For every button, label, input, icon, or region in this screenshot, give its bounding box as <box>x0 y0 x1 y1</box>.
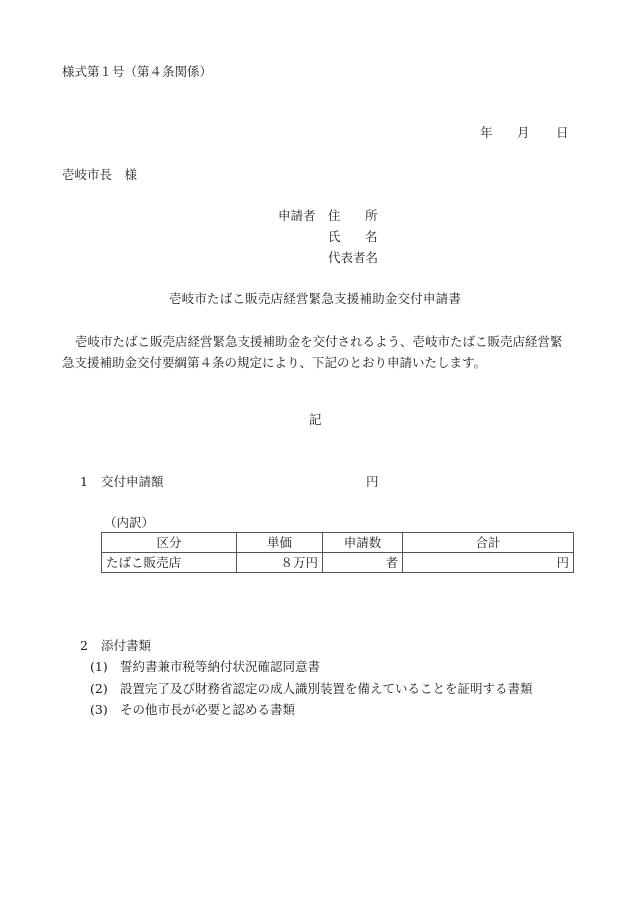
attachment-number: (2) <box>90 683 120 696</box>
header-count: 申請数 <box>323 533 403 553</box>
attachment-number: (1) <box>90 661 120 674</box>
date-day-label: 日 <box>556 127 569 140</box>
item2-number: 2 <box>80 640 88 653</box>
attachment-item: (1)誓約書兼市税等納付状況確認同意書 <box>90 661 320 674</box>
representative-label: 代表者名 <box>328 252 378 265</box>
date-year-label: 年 <box>480 127 493 140</box>
item1-unit: 円 <box>366 476 379 489</box>
header-category: 区分 <box>102 533 237 553</box>
cell-total: 円 <box>403 553 574 573</box>
name-label-2: 名 <box>365 231 378 244</box>
body-line-1: 壱岐市たばこ販売店経営緊急支援補助金を交付されるよう、壱岐市たばこ販売店経営緊 <box>62 331 577 352</box>
table-row: たばこ販売店 ８万円 者 円 <box>102 553 574 573</box>
name-label-1: 氏 <box>328 231 341 244</box>
body-paragraph: 壱岐市たばこ販売店経営緊急支援補助金を交付されるよう、壱岐市たばこ販売店経営緊 … <box>62 331 577 373</box>
attachment-item: (3)その他市長が必要と認める書類 <box>90 704 295 717</box>
cell-count: 者 <box>323 553 403 573</box>
header-total: 合計 <box>403 533 574 553</box>
attachment-number: (3) <box>90 704 120 717</box>
cell-category: たばこ販売店 <box>102 553 237 573</box>
addressee: 壱岐市長 様 <box>62 169 137 182</box>
header-unit-price: 単価 <box>237 533 323 553</box>
address-label-2: 所 <box>365 210 378 223</box>
body-line-2: 急支援補助金交付要綱第４条の規定により、下記のとおり申請いたします。 <box>62 352 577 373</box>
item2-label: 添付書類 <box>101 640 151 653</box>
item1-number: 1 <box>80 476 88 489</box>
applicant-label: 申請者 <box>278 210 316 223</box>
form-number: 様式第１号（第４条関係） <box>62 66 212 79</box>
address-label-1: 住 <box>328 210 341 223</box>
attachment-item: (2)設置完了及び財務省認定の成人識別装置を備えていることを証明する書類 <box>90 683 533 696</box>
attachment-text: その他市長が必要と認める書類 <box>120 702 295 717</box>
cell-unit-price: ８万円 <box>237 553 323 573</box>
breakdown-table: 区分 単価 申請数 合計 たばこ販売店 ８万円 者 円 <box>101 532 574 573</box>
item1-label: 交付申請額 <box>101 476 164 489</box>
document-title: 壱岐市たばこ販売店経営緊急支援補助金交付申請書 <box>0 293 630 306</box>
table-header-row: 区分 単価 申請数 合計 <box>102 533 574 553</box>
attachment-text: 誓約書兼市税等納付状況確認同意書 <box>120 659 320 674</box>
attachment-text: 設置完了及び財務省認定の成人識別装置を備えていることを証明する書類 <box>120 681 533 696</box>
breakdown-label: （内訳） <box>104 517 154 530</box>
date-month-label: 月 <box>517 127 530 140</box>
ki-heading: 記 <box>309 414 322 427</box>
